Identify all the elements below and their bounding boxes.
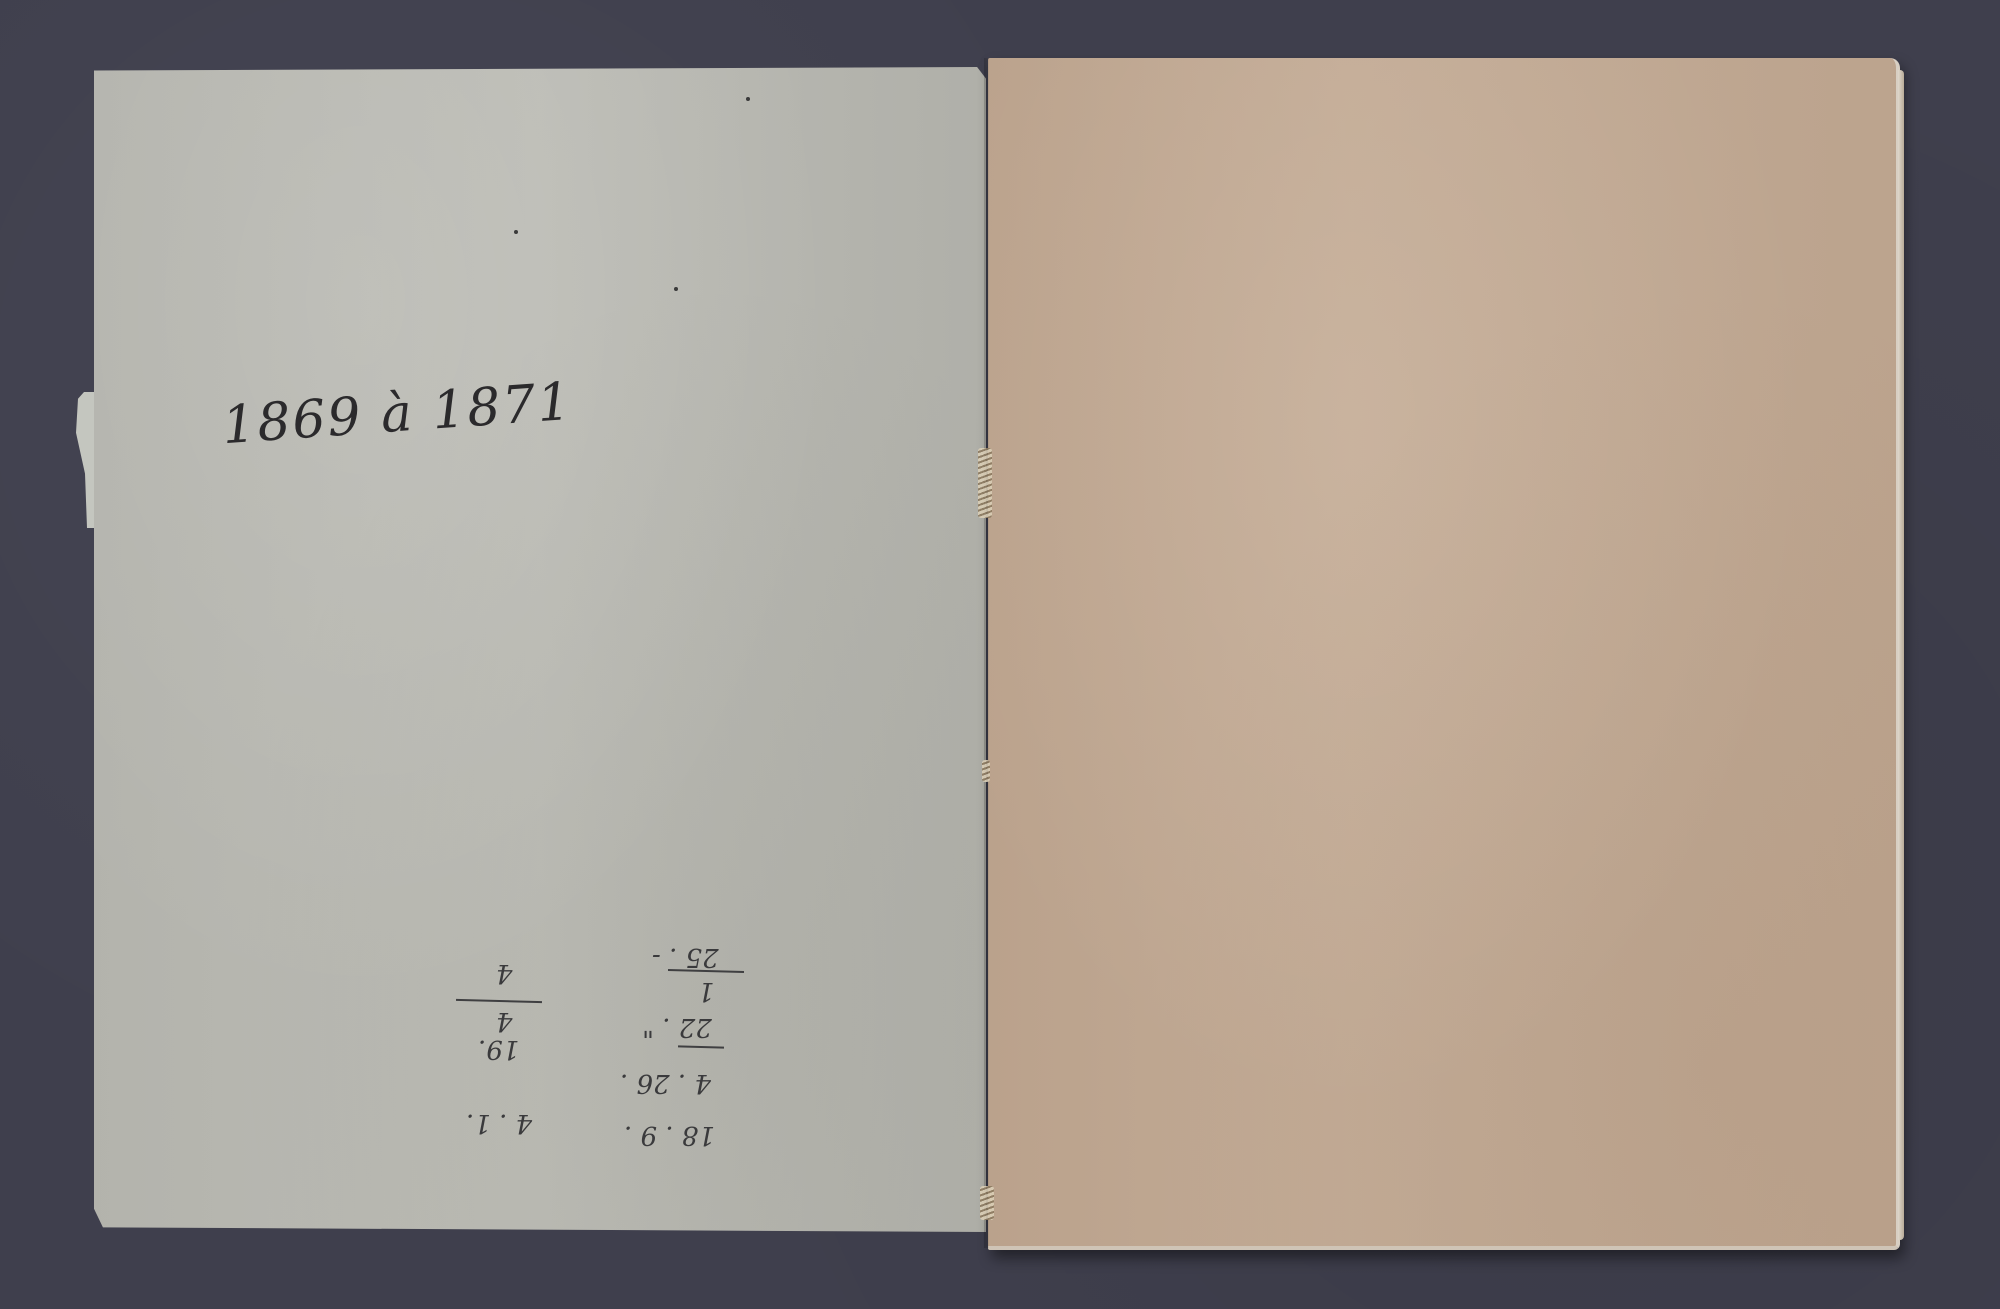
note-right-5: 18 . 9 . [624,1120,715,1150]
note-left-2: 4 [496,1006,513,1036]
ink-speck [674,287,678,291]
note-right-3: 22 . " [642,1012,712,1042]
ink-speck [746,97,750,101]
note-right-2: 1 [698,976,715,1006]
note-left-3: 19. [478,1034,519,1064]
note-right-4: 4 . 26 . [620,1068,711,1098]
page-edge-stack [1898,70,1904,1240]
book-spine-gutter [984,58,989,1248]
note-left-4: 4 . 1. [466,1108,532,1138]
binding-thread [980,1186,994,1220]
binding-thread [982,760,990,782]
note-right-1: 25 . - [652,942,719,972]
ink-speck [514,230,518,234]
right-page-front-endpaper [988,58,1900,1250]
binding-thread [978,448,992,518]
left-page-back-cover [94,67,986,1232]
note-left-1: 4 [496,958,513,988]
